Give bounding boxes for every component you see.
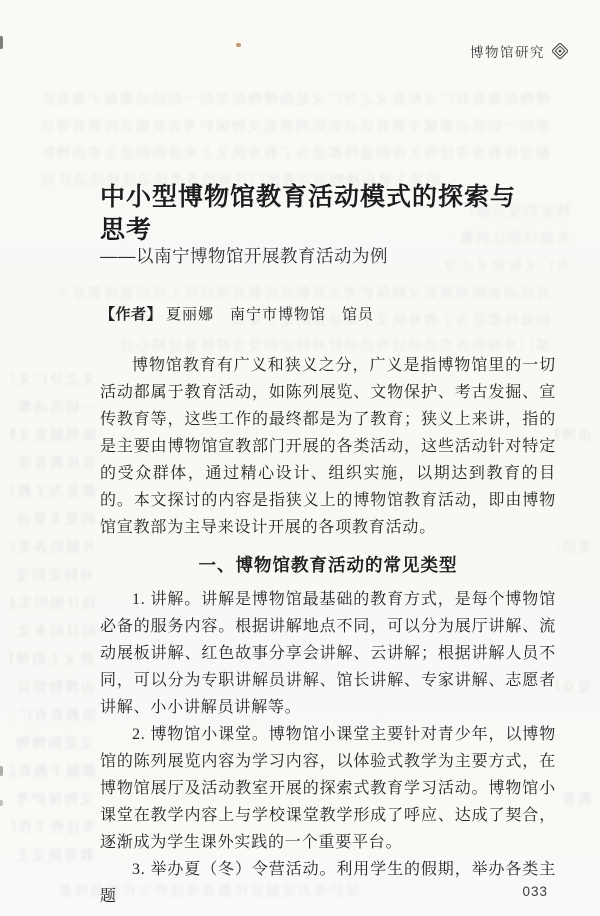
bleed-through-text: 陈列展览文物保护	[10, 428, 96, 445]
bleed-through-text: 博物馆教育有广义和狭义之分广义是指博物馆里的一切活动都属于教育活动如陈列	[45, 92, 550, 109]
bleed-through-text: 文物保护考古发掘	[14, 792, 94, 809]
bleed-through-text: 教育狭义上来讲指	[16, 848, 94, 865]
bleed-through-text: 对特定的受众群体	[16, 568, 94, 585]
journal-header: 博物馆研究	[470, 41, 568, 61]
bleed-through-text: 狭义上的博物馆教	[10, 652, 94, 669]
bleed-through-text: 育活动如陈列展览文物保护考古发掘宣传教育等这些工作的最终都是为了教育狭	[60, 286, 550, 303]
bleed-through-text: 都属于教育活动如	[10, 764, 96, 781]
bleed-through-text: 由博物馆宣教部为	[15, 680, 95, 697]
bleed-through-text: 教育有广义	[558, 792, 592, 809]
intro-paragraph: 博物馆教育有广义和狭义之分，广义是指博物馆里的一切活动都属于教育活动，如陈列展览…	[100, 352, 556, 541]
bleed-through-text: 馆教育有广义和狭	[12, 708, 96, 725]
bleed-through-text: 的是主要由博物馆	[15, 512, 95, 529]
body-paragraph: 3. 举办夏（冬）令营活动。利用学生的假期，举办各类主题	[100, 856, 556, 910]
bleed-through-text: 类活动这些	[558, 540, 592, 557]
scanned-journal-page: 博物馆教育有广义和狭义之分广义是指博物馆里的一切活动都属于教育活动如陈列里的一切…	[0, 0, 600, 916]
bleed-through-text: 一切活动都属于教	[16, 400, 96, 417]
article-title: 中小型博物馆教育活动模式的探索与 思考	[100, 181, 556, 247]
journal-title: 博物馆研究	[470, 41, 545, 61]
bleed-through-text: 里的一切活动都属于教育活动如陈列展览文物保护考古发掘宣传教育等这些工作的最	[38, 119, 550, 136]
article-title-line1: 中小型博物馆教育活动模式的探索与	[100, 181, 556, 214]
bleed-through-text: 都是为了教育狭义	[10, 484, 96, 501]
bleed-through-text: 的目的本文探讨的	[14, 624, 96, 641]
body-paragraph: 1. 讲解。讲解是博物馆最基础的教育方式，是每个博物馆必备的服务内容。根据讲解地…	[100, 586, 556, 721]
article-subtitle: ——以南宁博物馆开展教育活动为例	[100, 243, 556, 268]
bleed-through-text: 由博物馆宣	[556, 428, 592, 445]
scan-speck-artifact	[236, 43, 241, 47]
page-number: 033	[522, 884, 548, 899]
article-body: 博物馆教育有广义和狭义之分，广义是指博物馆里的一切活动都属于教育活动，如陈列展览…	[100, 352, 556, 910]
bleed-through-text: 义之分广义是指博	[12, 372, 96, 389]
author-line: 【作者】夏丽娜 南宁市博物馆 馆员	[100, 303, 556, 324]
author-info: 夏丽娜 南宁市博物馆 馆员	[166, 307, 374, 323]
nested-diamond-icon	[552, 43, 568, 59]
bleed-through-text: 掘宣传教育等这些工作的最终都是为了教育狭义上来讲指的是主要由博物馆宣教部	[44, 146, 550, 163]
bleed-through-text: 设计组织实施以期	[10, 596, 96, 613]
section-heading: 一、博物馆教育活动的常见类型	[100, 553, 556, 578]
body-paragraph: 2. 博物馆小课堂。博物馆小课堂主要针对青少年，以博物馆的陈列展览内容为学习内容…	[100, 721, 556, 856]
article-title-line2: 思考	[100, 214, 556, 247]
scan-edge-mark	[0, 766, 3, 776]
scan-edge-mark	[0, 36, 3, 49]
bleed-through-text: 受众群体通	[556, 680, 592, 697]
bleed-through-text: 义是指博物馆里的	[16, 736, 94, 753]
bleed-through-text: 宣传教育等这些工	[14, 456, 96, 473]
bleed-through-text: 开展的各类活动这	[12, 540, 96, 557]
author-label: 【作者】	[100, 306, 162, 323]
scan-edge-mark	[0, 800, 3, 806]
bleed-through-text: 等这些工作的最终	[12, 820, 96, 837]
